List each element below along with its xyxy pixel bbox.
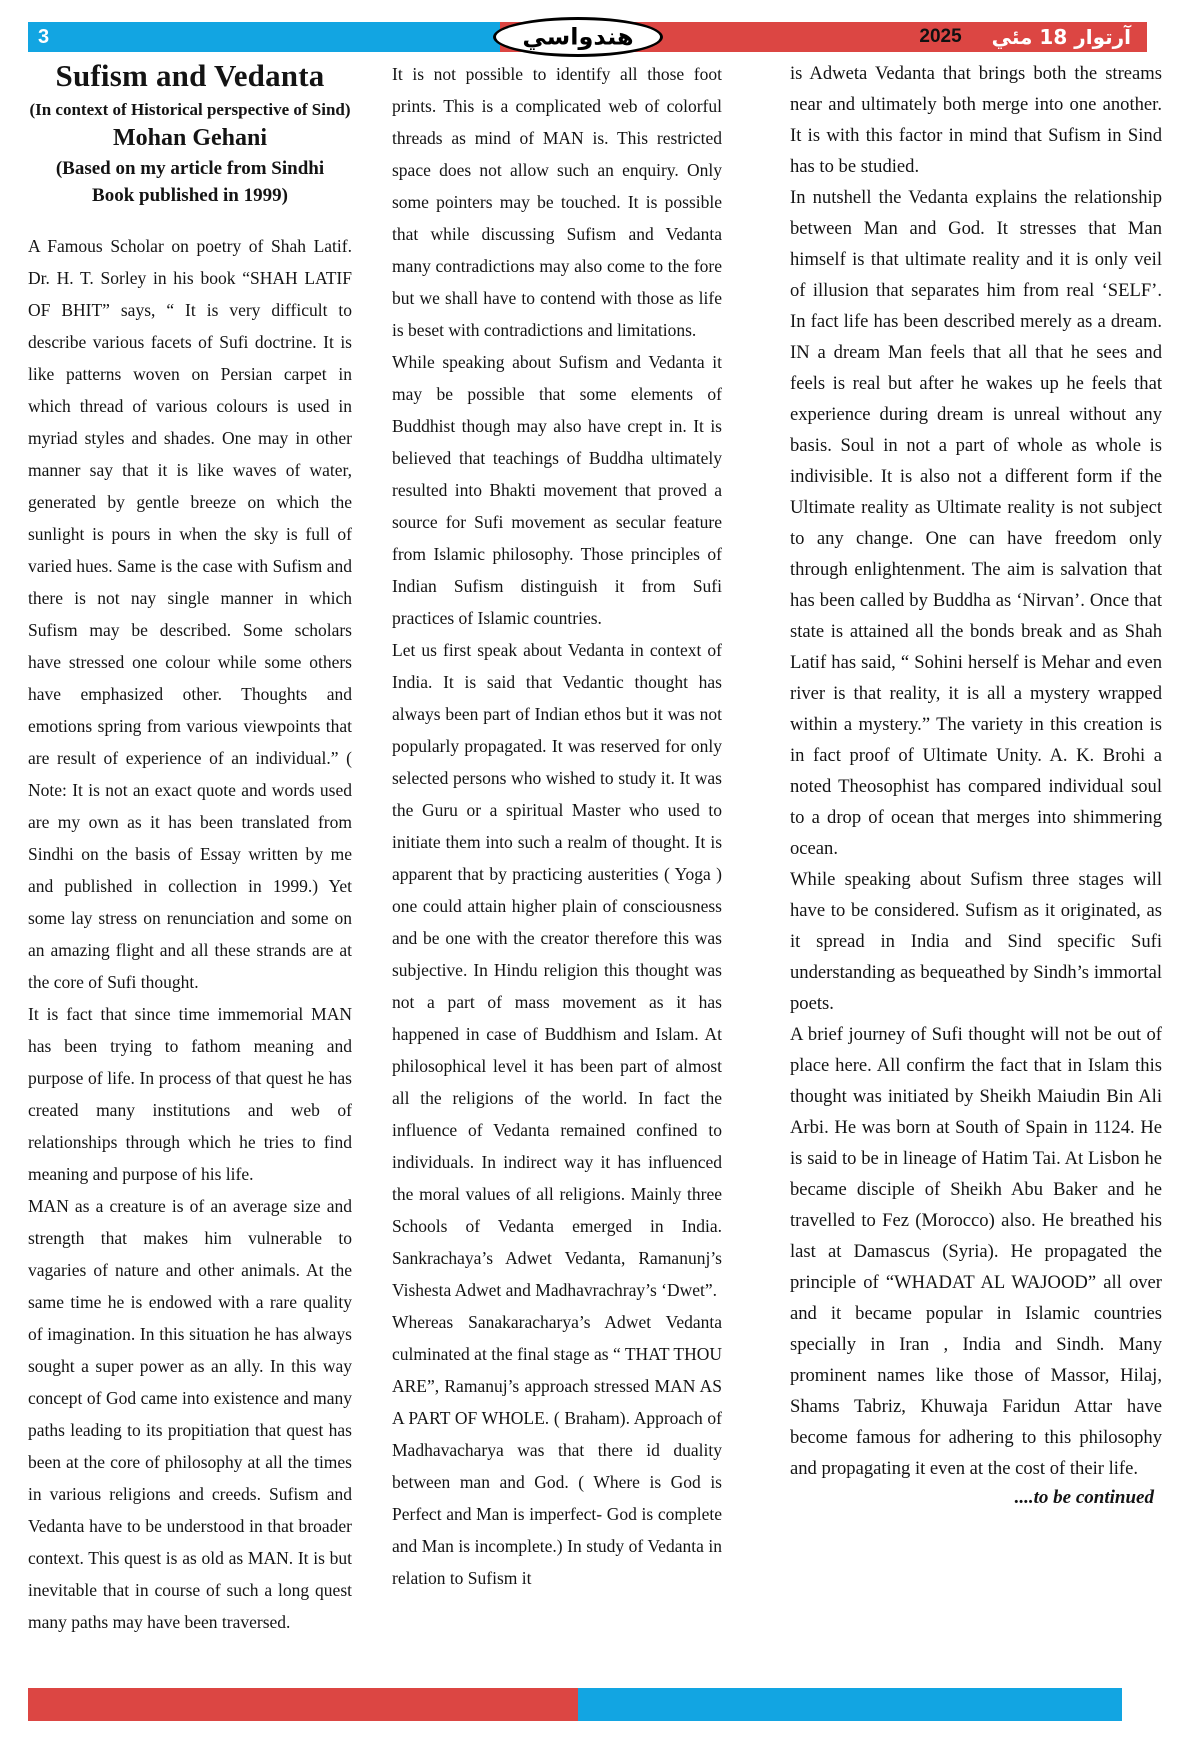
paragraph: While speaking about Sufism and Vedanta … (392, 346, 722, 634)
newspaper-page: 3 آرتوار 18 مئي 2025 هندواسي Sufism and … (0, 0, 1180, 1744)
footer-bar (28, 1688, 1122, 1721)
page-number: 3 (28, 26, 49, 49)
paragraph: A brief journey of Sufi thought will not… (790, 1019, 1162, 1484)
masthead-logo: هندواسي (493, 17, 663, 57)
date-group: آرتوار 18 مئي 2025 (901, 22, 1147, 52)
masthead-bar: 3 آرتوار 18 مئي 2025 هندواسي (28, 22, 1147, 52)
header-blue-strip: 3 (28, 22, 500, 52)
article-author: Mohan Gehani (28, 123, 352, 153)
article-body: Sufism and Vedanta (In context of Histor… (28, 58, 1162, 1638)
column-2: It is not possible to identify all those… (392, 58, 722, 1594)
paragraph: MAN as a creature is of an average size … (28, 1190, 352, 1638)
paragraph: A Famous Scholar on poetry of Shah Latif… (28, 230, 352, 998)
article-note: (Based on my article from Sindhi Book pu… (40, 155, 340, 209)
paragraph: While speaking about Sufism three stages… (790, 864, 1162, 1019)
footer-blue-strip (578, 1688, 1122, 1721)
date-year: 2025 (919, 26, 961, 48)
paragraph: In nutshell the Vedanta explains the rel… (790, 182, 1162, 864)
paragraph: It is fact that since time immemorial MA… (28, 998, 352, 1190)
article-title: Sufism and Vedanta (28, 58, 352, 94)
column-1: Sufism and Vedanta (In context of Histor… (28, 58, 352, 1638)
footer-red-strip (28, 1688, 578, 1721)
column-3: is Adweta Vedanta that brings both the s… (790, 58, 1162, 1509)
to-be-continued-note: ....to be continued (790, 1487, 1162, 1509)
date-sindhi-text: آرتوار 18 مئي (992, 22, 1131, 52)
paragraph: Let us first speak about Vedanta in cont… (392, 634, 722, 1306)
paragraph: is Adweta Vedanta that brings both the s… (790, 58, 1162, 182)
article-subtitle: (In context of Historical perspective of… (28, 98, 352, 122)
column-3-text: is Adweta Vedanta that brings both the s… (790, 58, 1162, 1484)
paragraph: Whereas Sanakaracharya’s Adwet Vedanta c… (392, 1306, 722, 1594)
article-title-block: Sufism and Vedanta (In context of Histor… (28, 58, 352, 209)
paragraph: It is not possible to identify all those… (392, 58, 722, 346)
column-2-text: It is not possible to identify all those… (392, 58, 722, 1594)
column-1-text: A Famous Scholar on poetry of Shah Latif… (28, 230, 352, 1638)
masthead-logo-text: هندواسي (522, 26, 633, 49)
